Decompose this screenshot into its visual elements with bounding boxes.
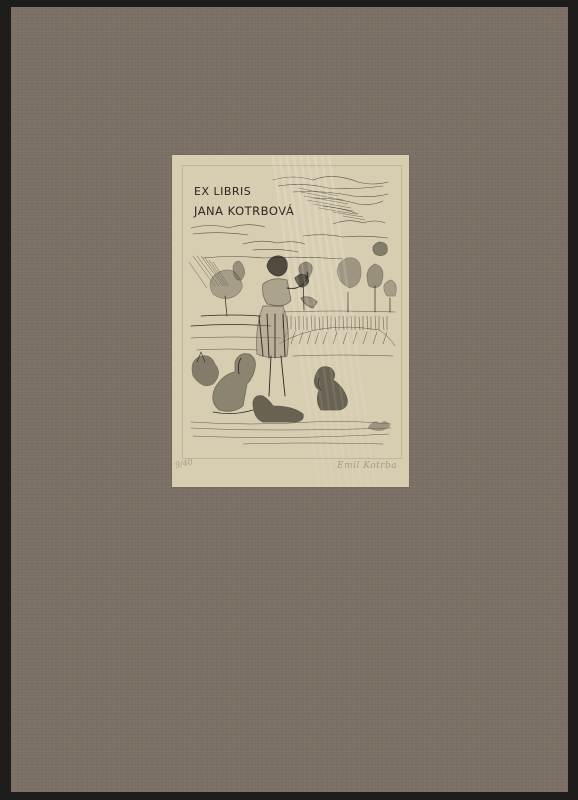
foreground — [191, 421, 391, 444]
reeds — [191, 311, 395, 356]
dog-lying — [253, 396, 303, 422]
etching-plate: EX LIBRIS JANA KOTRBOVÁ — [182, 165, 402, 459]
bush-left — [192, 352, 219, 386]
edition-number: 9/40 — [174, 457, 193, 470]
artist-signature: Emil Kotrba — [337, 461, 397, 471]
scan-background: EX LIBRIS JANA KOTRBOVÁ 9/40 Emil Kotrba — [0, 0, 578, 800]
inscription-owner-name: JANA KOTRBOVÁ — [194, 205, 294, 217]
dog-spaniel — [314, 367, 347, 410]
inscription-ex-libris: EX LIBRIS — [194, 186, 251, 198]
mount-board: EX LIBRIS JANA KOTRBOVÁ 9/40 Emil Kotrba — [11, 7, 568, 792]
bookplate-print: EX LIBRIS JANA KOTRBOVÁ 9/40 Emil Kotrba — [172, 155, 409, 487]
woman-figure — [257, 256, 317, 396]
dog-setter — [213, 354, 256, 414]
